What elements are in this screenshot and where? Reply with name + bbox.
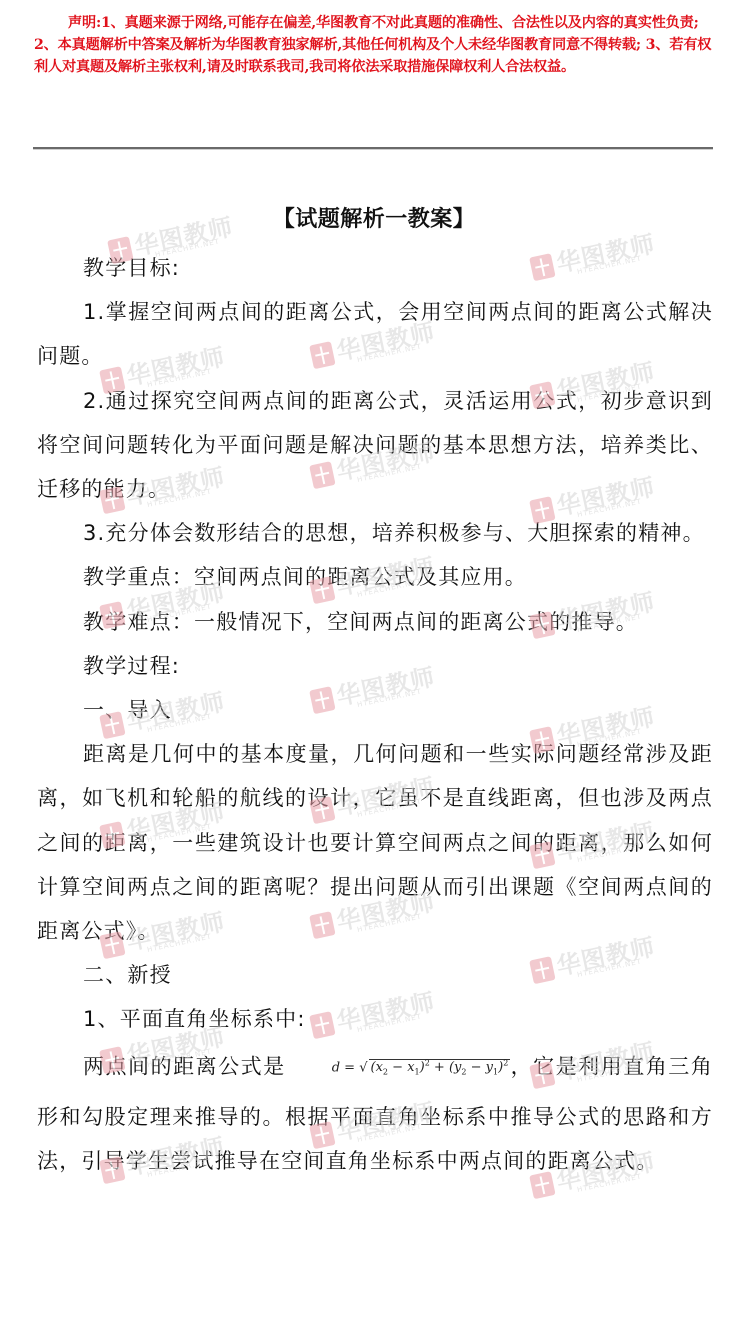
formula-paragraph: 两点间的距离公式是d = √(x2 − x1)2 + (y2 − y1)2，它是… (37, 1042, 713, 1184)
goal-1: 1.掌握空间两点间的距离公式，会用空间两点间的距离公式解决问题。 (37, 290, 713, 378)
process-heading: 教学过程: (37, 644, 713, 688)
part2-sub1: 1、平面直角坐标系中: (37, 997, 713, 1041)
disclaimer-lead: 声明: (68, 15, 101, 31)
document-title: 【试题解析一教案】 (0, 202, 748, 233)
document-body: 教学目标: 1.掌握空间两点间的距离公式，会用空间两点间的距离公式解决问题。 2… (37, 246, 713, 1183)
goal-2: 2.通过探究空间两点间的距离公式，灵活运用公式，初步意识到将空间问题转化为平面问… (37, 379, 713, 512)
disclaimer: 声明:1、真题来源于网络,可能存在偏差,华图教育不对此真题的准确性、合法性以及内… (34, 12, 714, 78)
disclaimer-text: 1、真题来源于网络,可能存在偏差,华图教育不对此真题的准确性、合法性以及内容的真… (34, 15, 711, 75)
goal-3: 3.充分体会数形结合的思想，培养积极参与、大胆探索的精神。 (37, 511, 713, 555)
key-point: 教学重点：空间两点间的距离公式及其应用。 (37, 555, 713, 599)
part2-heading: 二、新授 (37, 953, 713, 997)
part1-text: 距离是几何中的基本度量，几何问题和一些实际问题经常涉及距离，如飞机和轮船的航线的… (37, 732, 713, 953)
part1-heading: 一、导入 (37, 688, 713, 732)
formula-intro: 两点间的距离公式是 (83, 1054, 286, 1078)
distance-formula: d = √(x2 − x1)2 + (y2 − y1)2 (286, 1042, 511, 1095)
difficult-point: 教学难点：一般情况下，空间两点间的距离公式的推导。 (37, 600, 713, 644)
goals-heading: 教学目标: (37, 246, 713, 290)
separator-line (33, 147, 713, 150)
